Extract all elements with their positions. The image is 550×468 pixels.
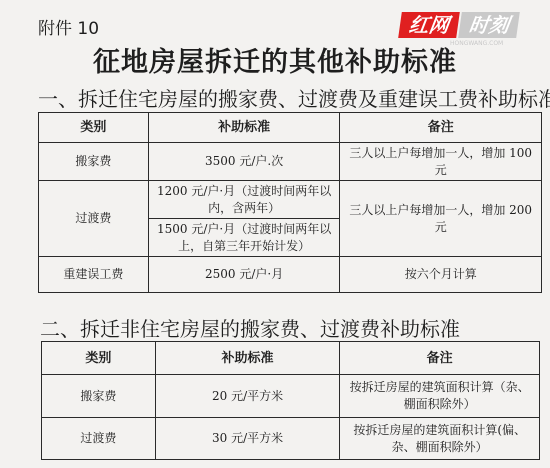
category-cell: 搬家费 <box>42 375 156 418</box>
non-residential-subsidy-table: 类别 补助标准 备注 搬家费 20 元/平方米 按拆迁房屋的建筑面积计算（杂、棚… <box>41 341 540 460</box>
column-header: 补助标准 <box>155 342 340 375</box>
table-header-row: 类别 补助标准 备注 <box>42 342 540 375</box>
table-row: 过渡费 30 元/平方米 按拆迁房屋的建筑面积计算(偏、杂、棚面积除外） <box>42 418 540 460</box>
table-row: 搬家费 20 元/平方米 按拆迁房屋的建筑面积计算（杂、棚面积除外） <box>42 375 540 418</box>
standard-cell: 20 元/平方米 <box>155 375 340 418</box>
standard-cell: 3500 元/户.次 <box>148 143 340 181</box>
note-cell: 按拆迁房屋的建筑面积计算（杂、棚面积除外） <box>340 375 540 418</box>
standard-cell: 1500 元/户·月（过渡时间两年以上，自第三年开始计发） <box>148 219 340 257</box>
category-cell: 搬家费 <box>39 143 149 181</box>
note-cell: 三人以上户每增加一人，增加 200 元 <box>340 181 542 257</box>
standard-cell: 2500 元/户·月 <box>148 257 340 293</box>
column-header: 备注 <box>340 342 540 375</box>
table-row: 搬家费 3500 元/户.次 三人以上户每增加一人，增加 100 元 <box>39 143 542 181</box>
standard-cell: 30 元/平方米 <box>155 418 340 460</box>
residential-subsidy-table: 类别 补助标准 备注 搬家费 3500 元/户.次 三人以上户每增加一人，增加 … <box>38 112 542 293</box>
column-header: 类别 <box>42 342 156 375</box>
document-title: 征地房屋拆迁的其他补助标准 <box>0 40 550 79</box>
note-cell: 三人以上户每增加一人，增加 100 元 <box>340 143 542 181</box>
watermark-logo: 红网 时刻 HONGWANG.COM <box>400 12 530 40</box>
section1-heading: 一、拆迁住宅房屋的搬家费、过渡费及重建误工费补助标准 <box>38 83 550 112</box>
column-header: 备注 <box>340 113 542 143</box>
logo-red-part: 红网 <box>398 12 460 38</box>
table-row: 过渡费 1200 元/户·月（过渡时间两年以内，含两年） 三人以上户每增加一人，… <box>39 181 542 219</box>
note-cell: 按拆迁房屋的建筑面积计算(偏、杂、棚面积除外） <box>340 418 540 460</box>
column-header: 类别 <box>39 113 149 143</box>
standard-cell: 1200 元/户·月（过渡时间两年以内，含两年） <box>148 181 340 219</box>
logo-gray-part: 时刻 <box>458 12 520 38</box>
section2-heading: 二、拆迁非住宅房屋的搬家费、过渡费补助标准 <box>40 313 460 342</box>
category-cell: 过渡费 <box>42 418 156 460</box>
category-cell: 过渡费 <box>39 181 149 257</box>
note-cell: 按六个月计算 <box>340 257 542 293</box>
column-header: 补助标准 <box>148 113 340 143</box>
table-row: 重建误工费 2500 元/户·月 按六个月计算 <box>39 257 542 293</box>
category-cell: 重建误工费 <box>39 257 149 293</box>
table-header-row: 类别 补助标准 备注 <box>39 113 542 143</box>
attachment-label: 附件 10 <box>38 14 99 39</box>
